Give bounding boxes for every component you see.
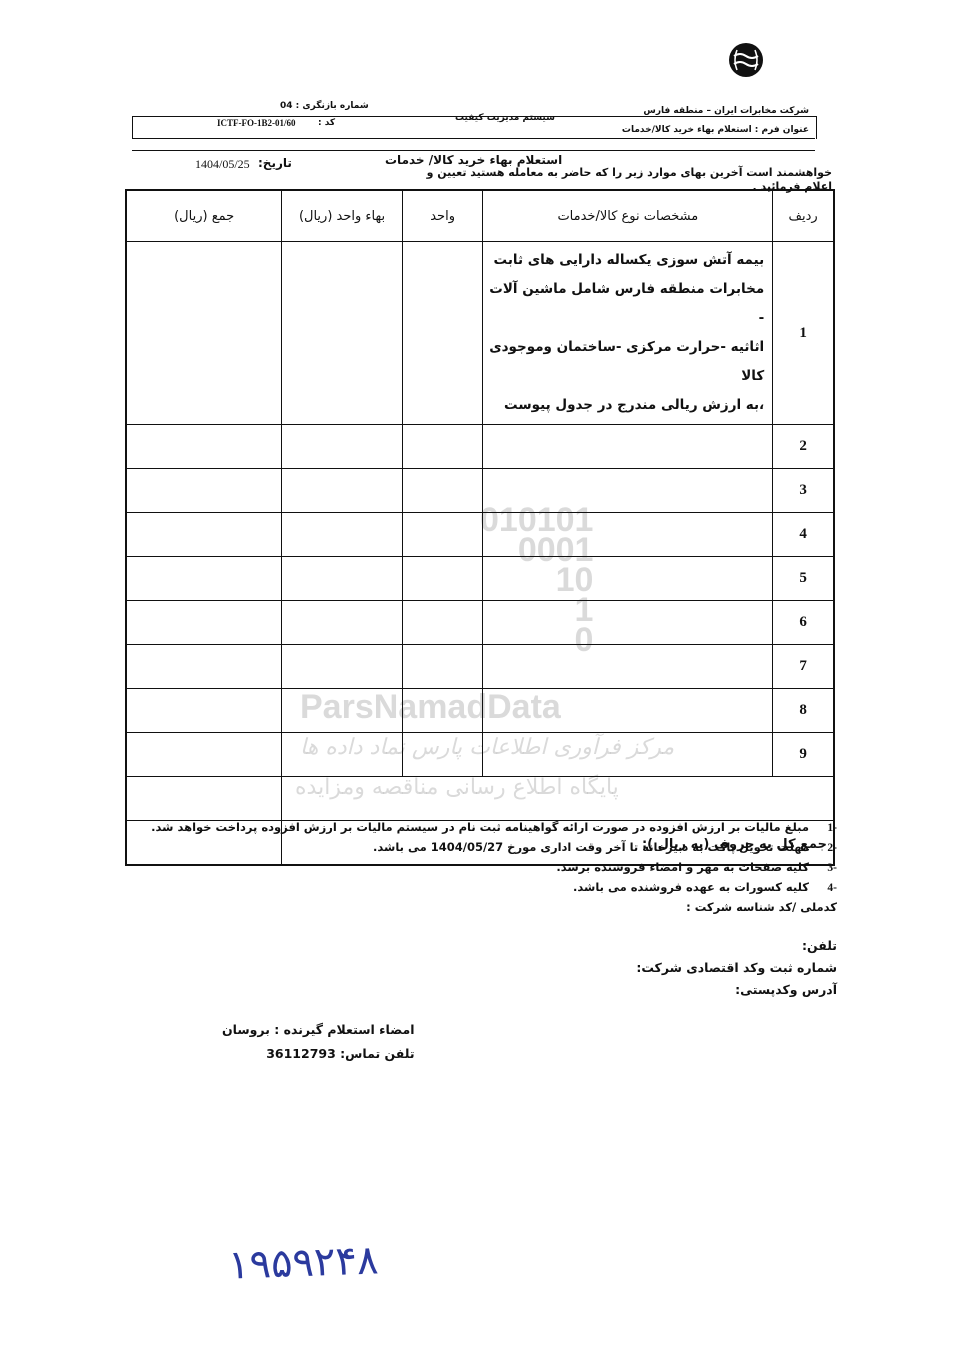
row-total xyxy=(126,733,282,777)
row-description xyxy=(483,645,773,689)
row-number: 9 xyxy=(773,733,834,777)
row-description xyxy=(483,601,773,645)
row-number: 3 xyxy=(773,469,834,513)
form-code-label: کد : xyxy=(318,118,335,128)
header-description: مشخصات نوع کالا/خدمات xyxy=(483,190,773,242)
row-unit xyxy=(402,469,483,513)
row-total xyxy=(126,242,282,425)
recipient-signature: امضاء استعلام گیرنده : بروسان xyxy=(222,1018,415,1042)
row-description xyxy=(483,513,773,557)
row-number: 6 xyxy=(773,601,834,645)
phone-field: تلفن: xyxy=(636,935,837,957)
table-row: 5 xyxy=(126,557,834,601)
signature-block: امضاء استعلام گیرنده : بروسان تلفن تماس:… xyxy=(222,1018,415,1066)
company-logo-icon xyxy=(728,42,764,78)
row-description xyxy=(483,733,773,777)
handwritten-number: ۱۹۵۹۲۴۸ xyxy=(227,1237,379,1288)
row-unit-price xyxy=(282,242,402,425)
description-line: بیمه آتش سوزی یکساله دارایی های ثابت xyxy=(487,246,764,275)
quality-system: سیستم مدیریت کیفیت xyxy=(455,113,555,123)
table-row: 8 xyxy=(126,689,834,733)
table-header-row: ردیف مشخصات نوع کالا/خدمات واحد بهاء واح… xyxy=(126,190,834,242)
row-description xyxy=(483,557,773,601)
row-total xyxy=(126,557,282,601)
date-label: تاریخ: xyxy=(258,156,292,170)
national-id-field: کدملی /کد شناسه شرکت : xyxy=(137,898,837,917)
row-unit-price xyxy=(282,425,402,469)
row-unit xyxy=(402,689,483,733)
row-unit-price xyxy=(282,689,402,733)
header-bottom-line xyxy=(132,150,815,151)
subtotal-row xyxy=(126,777,834,821)
description-line: ،به ارزش ریالی مندرج در جدول پیوست xyxy=(487,391,764,420)
document-title: استعلام بهاء خرید کالا/ خدمات xyxy=(385,153,562,167)
subtotal-label-cell xyxy=(282,777,834,821)
table-row: 6 xyxy=(126,601,834,645)
row-total xyxy=(126,469,282,513)
row-unit xyxy=(402,513,483,557)
header-unit-price: بهاء واحد (ریال) xyxy=(282,190,402,242)
table-row: 3 xyxy=(126,469,834,513)
note-item: -2مهلت تحویل پاکت به دبیرخانه تا آخر وقت… xyxy=(137,838,837,858)
row-unit xyxy=(402,557,483,601)
row-unit-price xyxy=(282,733,402,777)
row-description xyxy=(483,689,773,733)
row-unit xyxy=(402,242,483,425)
row-unit xyxy=(402,425,483,469)
note-item: -3کلیه صفحات به مهر و امضاء فروشنده برسد… xyxy=(137,858,837,878)
row-description: بیمه آتش سوزی یکساله دارایی های ثابت مخا… xyxy=(483,242,773,425)
price-inquiry-table: ردیف مشخصات نوع کالا/خدمات واحد بهاء واح… xyxy=(125,189,835,866)
row-unit xyxy=(402,733,483,777)
header-divider xyxy=(132,138,815,139)
company-name: شرکت مخابرات ایران – منطقه فارس xyxy=(643,106,809,116)
description-line: مخابرات منطقه فارس شامل ماشین آلات - xyxy=(487,275,764,333)
row-unit-price xyxy=(282,645,402,689)
table-row: 1 بیمه آتش سوزی یکساله دارایی های ثابت م… xyxy=(126,242,834,425)
row-unit xyxy=(402,601,483,645)
row-number: 2 xyxy=(773,425,834,469)
row-total xyxy=(126,601,282,645)
row-total xyxy=(126,513,282,557)
header-unit: واحد xyxy=(402,190,483,242)
table-row: 7 xyxy=(126,645,834,689)
note-item: -1مبلغ مالیات بر ارزش افزوده در صورت ارا… xyxy=(137,818,837,838)
subtotal-value-cell xyxy=(126,777,282,821)
company-info: تلفن: شماره ثبت وکد اقتصادی شرکت: آدرس و… xyxy=(636,935,837,1001)
header-row-number: ردیف xyxy=(773,190,834,242)
row-number: 7 xyxy=(773,645,834,689)
row-total xyxy=(126,425,282,469)
notes-list: -1مبلغ مالیات بر ارزش افزوده در صورت ارا… xyxy=(137,818,837,917)
row-number: 5 xyxy=(773,557,834,601)
address-field: آدرس وکدپستی: xyxy=(636,979,837,1001)
note-item: -4کلیه کسورات به عهده فروشنده می باشد. xyxy=(137,878,837,898)
row-total xyxy=(126,645,282,689)
row-number: 4 xyxy=(773,513,834,557)
form-title: عنوان فرم : استعلام بهاء خرید کالا/خدمات xyxy=(622,125,809,135)
description-line: اثاثیه -حرارت مرکزی -ساختمان وموجودی کال… xyxy=(487,333,764,391)
table-row: 9 xyxy=(126,733,834,777)
registration-field: شماره ثبت وکد اقتصادی شرکت: xyxy=(636,957,837,979)
row-unit-price xyxy=(282,513,402,557)
revision-number: شماره بازنگری : 04 xyxy=(280,101,369,111)
row-description xyxy=(483,469,773,513)
row-number: 8 xyxy=(773,689,834,733)
row-unit-price xyxy=(282,469,402,513)
row-total xyxy=(126,689,282,733)
row-number: 1 xyxy=(773,242,834,425)
table-row: 4 xyxy=(126,513,834,557)
contact-phone: تلفن تماس: 36112793 xyxy=(222,1042,415,1066)
row-unit xyxy=(402,645,483,689)
header-total: جمع (ریال) xyxy=(126,190,282,242)
date-value: 1404/05/25 xyxy=(195,157,250,172)
row-unit-price xyxy=(282,601,402,645)
table-row: 2 xyxy=(126,425,834,469)
row-description xyxy=(483,425,773,469)
row-unit-price xyxy=(282,557,402,601)
form-code: ICTF-FO-1B2-01/60 xyxy=(217,118,296,128)
